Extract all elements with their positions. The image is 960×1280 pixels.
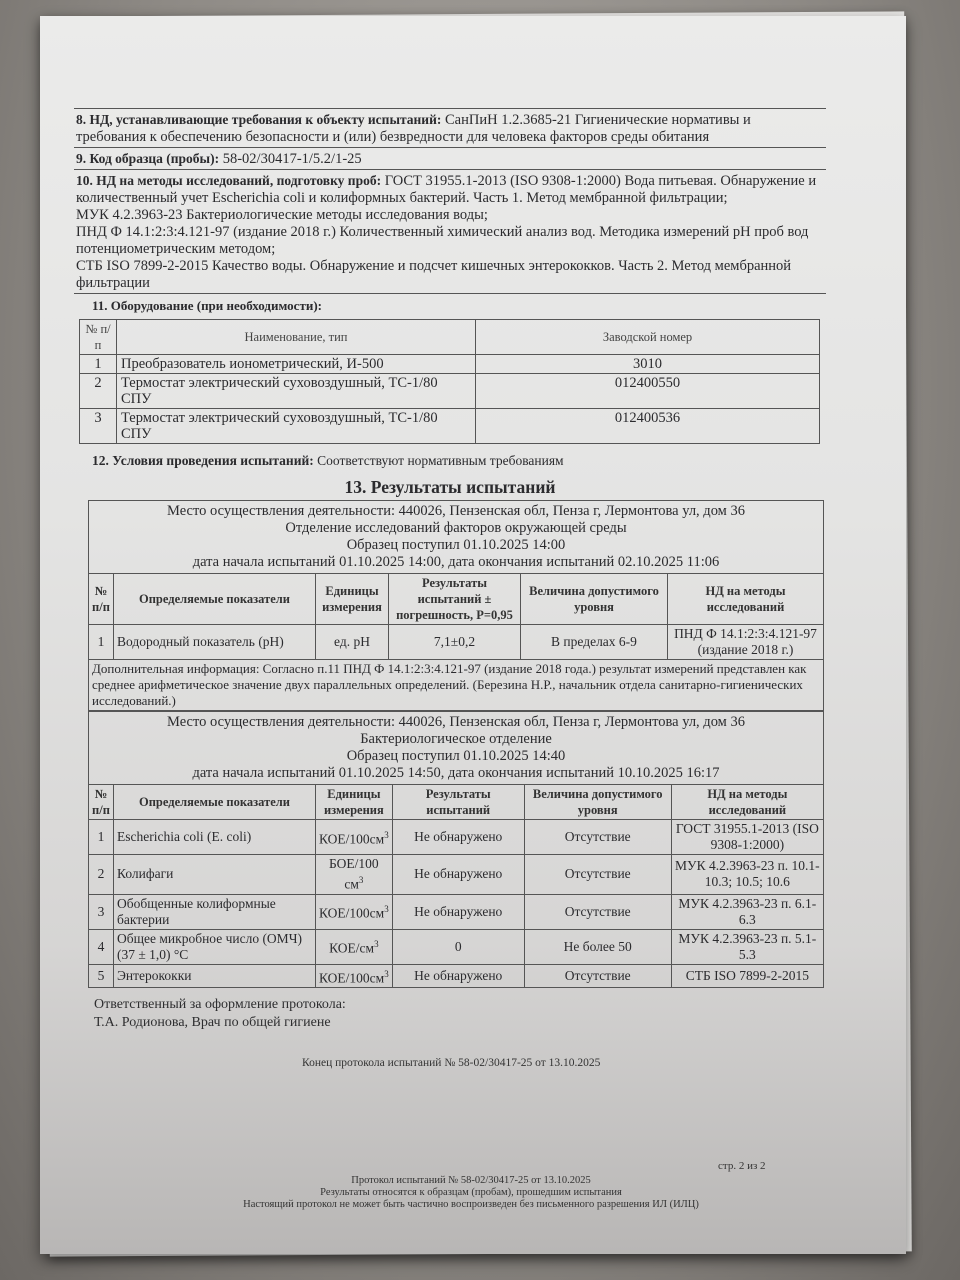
column-header: Результаты испытаний (392, 785, 524, 820)
column-header: Определяемые показатели (114, 574, 316, 625)
table-row: 2 Термостат электрический суховоздушный,… (80, 374, 820, 409)
unit-exponent: 3 (359, 875, 364, 885)
result: 7,1±0,2 (389, 625, 521, 660)
section-8-label: 8. НД, устанавливающие требования к объе… (76, 112, 441, 127)
equipment-table: № п/п Наименование, тип Заводской номер … (79, 319, 820, 444)
permissible-level: Отсутствие (524, 894, 671, 929)
unit-exponent: 3 (384, 904, 389, 914)
method: МУК 4.2.3963-23 п. 6.1-6.3 (671, 894, 823, 929)
unit-text: КОЕ/100см (319, 831, 384, 846)
method: ПНД Ф 14.1:2:3:4.121-97 (издание 2018 г.… (668, 625, 824, 660)
result: Не обнаружено (392, 855, 524, 895)
row-number: 1 (80, 355, 117, 374)
section-12: 12. Условия проведения испытаний: Соотве… (74, 452, 826, 469)
method: МУК 4.2.3963-23 п. 10.1-10.3; 10.5; 10.6 (671, 855, 823, 895)
unit-text: КОЕ/100см (319, 970, 384, 985)
protocol-content: 8. НД, устанавливающие требования к объе… (74, 108, 826, 988)
column-header: № п/п (80, 320, 117, 355)
unit-text: КОЕ/100см (319, 906, 384, 921)
column-header: Единицы измерения (316, 574, 389, 625)
page-number: стр. 2 из 2 (718, 1160, 766, 1172)
table-header-row: № п/п Наименование, тип Заводской номер (80, 320, 820, 355)
unit: КОЕ/100см3 (316, 894, 393, 929)
section-10-label: 10. НД на методы исследований, подготовк… (76, 173, 381, 188)
table-header-row: № п/п Определяемые показатели Единицы из… (89, 574, 824, 625)
indicator: Колифаги (114, 855, 316, 895)
section-10: 10. НД на методы исследований, подготовк… (74, 170, 826, 293)
serial-number: 3010 (476, 355, 820, 374)
row-number: 1 (89, 820, 114, 855)
section-11: 11. Оборудование (при необходимости): (74, 297, 826, 314)
permissible-level: Не более 50 (524, 929, 671, 964)
signature-block: Ответственный за оформление протокола: Т… (94, 996, 346, 1032)
method: ГОСТ 31955.1-2013 (ISO 9308-1:2000) (671, 820, 823, 855)
column-header: № п/п (89, 574, 114, 625)
unit-exponent: 3 (384, 830, 389, 840)
unit: ед. pH (316, 625, 389, 660)
table-row: 1 Водородный показатель (pH) ед. pH 7,1±… (89, 625, 824, 660)
equipment-name: Термостат электрический суховоздушный, Т… (117, 374, 476, 409)
column-header: Наименование, тип (117, 320, 476, 355)
end-of-protocol: Конец протокола испытаний № 58-02/30417-… (302, 1057, 600, 1069)
column-header: НД на методы исследований (668, 574, 824, 625)
unit: КОЕ/100см3 (316, 820, 393, 855)
method: СТБ ISO 7899-2-2015 (671, 964, 823, 988)
section-8: 8. НД, устанавливающие требования к объе… (74, 109, 826, 147)
row-number: 4 (89, 929, 114, 964)
footer-line: Настоящий протокол не может быть частичн… (200, 1199, 742, 1211)
table-header-row: № п/п Определяемые показатели Единицы из… (89, 785, 824, 820)
results-table-chemistry: Место осуществления деятельности: 440026… (88, 500, 824, 711)
table-row: 5ЭнтерококкиКОЕ/100см3Не обнаруженоОтсут… (89, 964, 824, 988)
equipment-name: Преобразователь ионометрический, И-500 (117, 355, 476, 374)
column-header: Величина допустимого уровня (524, 785, 671, 820)
method: МУК 4.2.3963-23 п. 5.1-5.3 (671, 929, 823, 964)
footer-line: Результаты относятся к образцам (пробам)… (200, 1187, 742, 1199)
column-header: Заводской номер (476, 320, 820, 355)
column-header: Определяемые показатели (114, 785, 316, 820)
permissible-level: В пределах 6-9 (521, 625, 668, 660)
test-dates: дата начала испытаний 01.10.2025 14:50, … (91, 765, 821, 782)
permissible-level: Отсутствие (524, 855, 671, 895)
result: Не обнаружено (392, 894, 524, 929)
results-title: 13. Результаты испытаний (74, 479, 826, 496)
row-number: 2 (89, 855, 114, 895)
footer-line: Протокол испытаний № 58-02/30417-25 от 1… (200, 1175, 742, 1187)
sample-received: Образец поступил 01.10.2025 14:00 (91, 537, 821, 554)
method-line: ПНД Ф 14.1:2:3:4.121-97 (издание 2018 г.… (76, 224, 808, 257)
table-row: 2КолифагиБОЕ/100 см3Не обнаруженоОтсутст… (89, 855, 824, 895)
responsible-person: Т.А. Родионова, Врач по общей гигиене (94, 1014, 346, 1032)
section-12-label: 12. Условия проведения испытаний: (92, 453, 314, 468)
row-number: 3 (89, 894, 114, 929)
page-footer: Протокол испытаний № 58-02/30417-25 от 1… (200, 1175, 742, 1211)
table-row: 1 Преобразователь ионометрический, И-500… (80, 355, 820, 374)
serial-number: 012400550 (476, 374, 820, 409)
serial-number: 012400536 (476, 409, 820, 444)
unit-exponent: 3 (374, 939, 379, 949)
column-header: Результаты испытаний ± погрешность, P=0,… (389, 574, 521, 625)
additional-info: Дополнительная информация: Согласно п.11… (89, 660, 824, 711)
indicator: Энтерококки (114, 964, 316, 988)
table-row: 1Escherichia coli (E. coli)КОЕ/100см3Не … (89, 820, 824, 855)
section-9-label: 9. Код образца (пробы): (76, 151, 219, 166)
table-row: 3 Термостат электрический суховоздушный,… (80, 409, 820, 444)
block-header: Место осуществления деятельности: 440026… (89, 501, 824, 574)
row-number: 2 (80, 374, 117, 409)
indicator: Водородный показатель (pH) (114, 625, 316, 660)
place-of-activity: Место осуществления деятельности: 440026… (91, 503, 821, 520)
section-11-label: 11. Оборудование (при необходимости): (92, 298, 322, 313)
indicator: Обобщенные колиформные бактерии (114, 894, 316, 929)
results-table-bacteriology: Место осуществления деятельности: 440026… (88, 711, 824, 988)
block-header: Место осуществления деятельности: 440026… (89, 712, 824, 785)
row-number: 3 (80, 409, 117, 444)
section-12-text: Соответствуют нормативным требованиям (317, 453, 563, 468)
signature-label: Ответственный за оформление протокола: (94, 996, 346, 1014)
column-header: Единицы измерения (316, 785, 393, 820)
sample-received: Образец поступил 01.10.2025 14:40 (91, 748, 821, 765)
table-row: 3Обобщенные колиформные бактерииКОЕ/100с… (89, 894, 824, 929)
sample-code: 58-02/30417-1/5.2/1-25 (223, 151, 362, 167)
unit: КОЕ/100см3 (316, 964, 393, 988)
permissible-level: Отсутствие (524, 964, 671, 988)
unit-exponent: 3 (384, 969, 389, 979)
indicator: Общее микробное число (ОМЧ) (37 ± 1,0) °… (114, 929, 316, 964)
indicator: Escherichia coli (E. coli) (114, 820, 316, 855)
method-line: СТБ ISO 7899-2-2015 Качество воды. Обнар… (76, 258, 791, 291)
unit-text: КОЕ/см (329, 941, 374, 956)
row-number: 5 (89, 964, 114, 988)
unit: БОЕ/100 см3 (316, 855, 393, 895)
method-line: МУК 4.2.3963-23 Бактериологические метод… (76, 207, 488, 223)
section-9: 9. Код образца (пробы): 58-02/30417-1/5.… (74, 148, 826, 169)
column-header: № п/п (89, 785, 114, 820)
department: Отделение исследований факторов окружающ… (91, 520, 821, 537)
column-header: НД на методы исследований (671, 785, 823, 820)
table-row: 4Общее микробное число (ОМЧ) (37 ± 1,0) … (89, 929, 824, 964)
unit: КОЕ/см3 (316, 929, 393, 964)
test-dates: дата начала испытаний 01.10.2025 14:00, … (91, 554, 821, 571)
permissible-level: Отсутствие (524, 820, 671, 855)
column-header: Величина допустимого уровня (521, 574, 668, 625)
unit-text: БОЕ/100 см (329, 856, 379, 892)
result: Не обнаружено (392, 964, 524, 988)
result: 0 (392, 929, 524, 964)
department: Бактериологическое отделение (91, 731, 821, 748)
place-of-activity: Место осуществления деятельности: 440026… (91, 714, 821, 731)
row-number: 1 (89, 625, 114, 660)
equipment-name: Термостат электрический суховоздушный, Т… (117, 409, 476, 444)
result: Не обнаружено (392, 820, 524, 855)
